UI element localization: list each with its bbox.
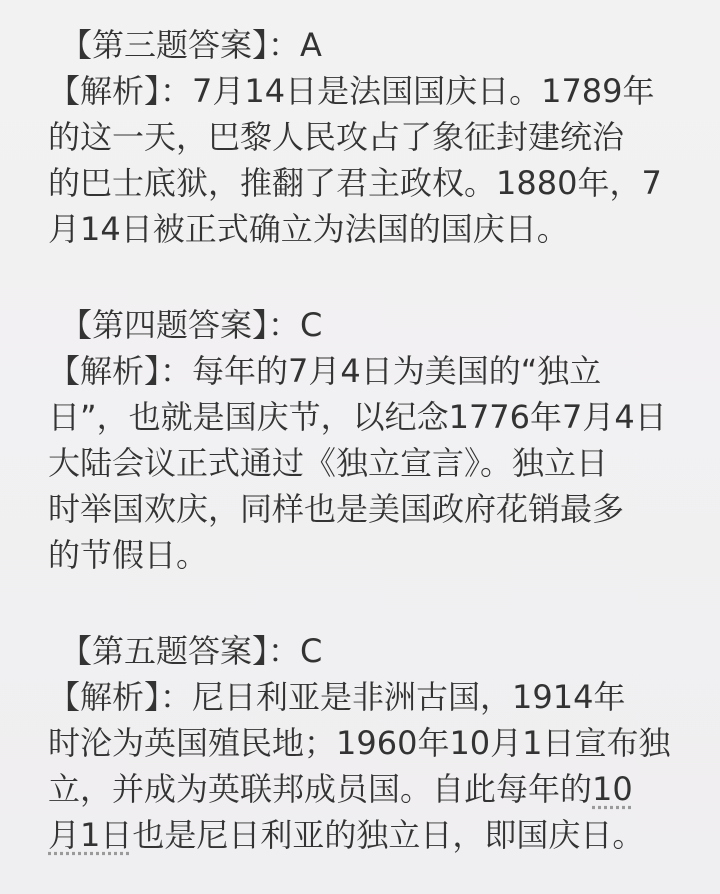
analysis-line: 的这一天，巴黎人民攻占了象征封建统治 [48,114,678,160]
notes-page: 【第三题答案】：A 【解析】：7月14日是法国国庆日。1789年 的这一天，巴黎… [0,0,720,894]
answer-label: 【第三题答案】： [60,26,300,64]
answer-label: 【第四题答案】： [60,306,300,344]
question-3-block: 【第三题答案】：A 【解析】：7月14日是法国国庆日。1789年 的这一天，巴黎… [48,22,678,252]
answer-line: 【第三题答案】：A [48,22,678,68]
analysis-line: 的节假日。 [48,532,678,578]
answer-value: C [300,306,322,344]
analysis-line: 【解析】：7月14日是法国国庆日。1789年 [48,68,678,114]
analysis-line: 立，并成为英联邦成员国。自此每年的10 [48,766,678,812]
answer-value: C [300,632,322,670]
analysis-line: 月1日也是尼日利亚的独立日，即国庆日。 [48,812,678,858]
analysis-line: 日”，也就是国庆节，以纪念1776年7月4日 [48,394,678,440]
analysis-line: 时沦为英国殖民地；1960年10月1日宣布独 [48,720,678,766]
question-5-block: 【第五题答案】：C 【解析】：尼日利亚是非洲古国，1914年 时沦为英国殖民地；… [48,628,678,858]
answer-value: A [300,26,322,64]
analysis-text: 也是尼日利亚的独立日，即国庆日。 [132,816,644,854]
analysis-line: 【解析】：每年的7月4日为美国的“独立 [48,348,678,394]
detected-date-link[interactable]: 月1日 [48,816,132,854]
analysis-line: 时举国欢庆，同样也是美国政府花销最多 [48,486,678,532]
analysis-line: 【解析】：尼日利亚是非洲古国，1914年 [48,674,678,720]
analysis-line: 的巴士底狱，推翻了君主政权。1880年，7 [48,160,678,206]
analysis-line: 大陆会议正式通过《独立宣言》。独立日 [48,440,678,486]
question-4-block: 【第四题答案】：C 【解析】：每年的7月4日为美国的“独立 日”，也就是国庆节，… [48,302,678,578]
answer-line: 【第四题答案】：C [48,302,678,348]
analysis-line: 月14日被正式确立为法国的国庆日。 [48,206,678,252]
answer-line: 【第五题答案】：C [48,628,678,674]
detected-date-link[interactable]: 10 [592,770,633,808]
analysis-text: 立，并成为英联邦成员国。自此每年的 [48,770,592,808]
answer-label: 【第五题答案】： [60,632,300,670]
